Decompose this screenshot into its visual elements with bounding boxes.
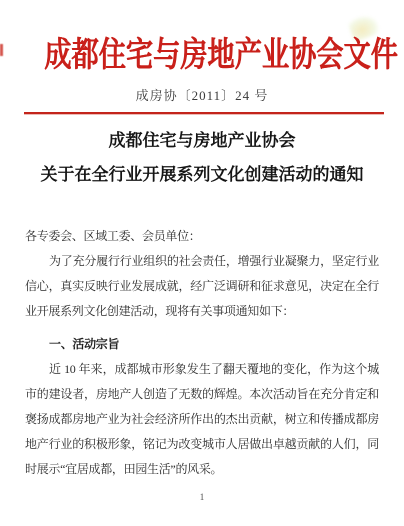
official-document-page: 成都住宅与房地产业协会文件 成房协〔2011〕24 号 成都住宅与房地产业协会 …	[0, 0, 404, 526]
org-banner-title: 成都住宅与房地产业协会文件	[44, 34, 398, 78]
section-1-heading: 一、活动宗旨	[25, 332, 379, 357]
red-divider-line	[24, 112, 384, 114]
red-header-banner: 成都住宅与房地产业协会文件	[0, 34, 404, 84]
intro-paragraph: 为了充分履行行业组织的社会责任，增强行业凝聚力，坚定行业信心，真实反映行业发展成…	[25, 249, 379, 324]
salutation-line: 各专委会、区域工委、会员单位：	[25, 224, 379, 249]
document-title-line1: 成都住宅与房地产业协会	[0, 130, 404, 152]
document-body: 各专委会、区域工委、会员单位： 为了充分履行行业组织的社会责任，增强行业凝聚力，…	[25, 224, 379, 482]
document-number: 成房协〔2011〕24 号	[0, 88, 404, 104]
section-1-paragraph: 近 10 年来，成都城市形象发生了翻天覆地的变化，作为这个城市的建设者，房地产人…	[25, 357, 379, 482]
document-title-line2: 关于在全行业开展系列文化创建活动的通知	[0, 164, 404, 186]
page-number: 1	[0, 490, 404, 504]
